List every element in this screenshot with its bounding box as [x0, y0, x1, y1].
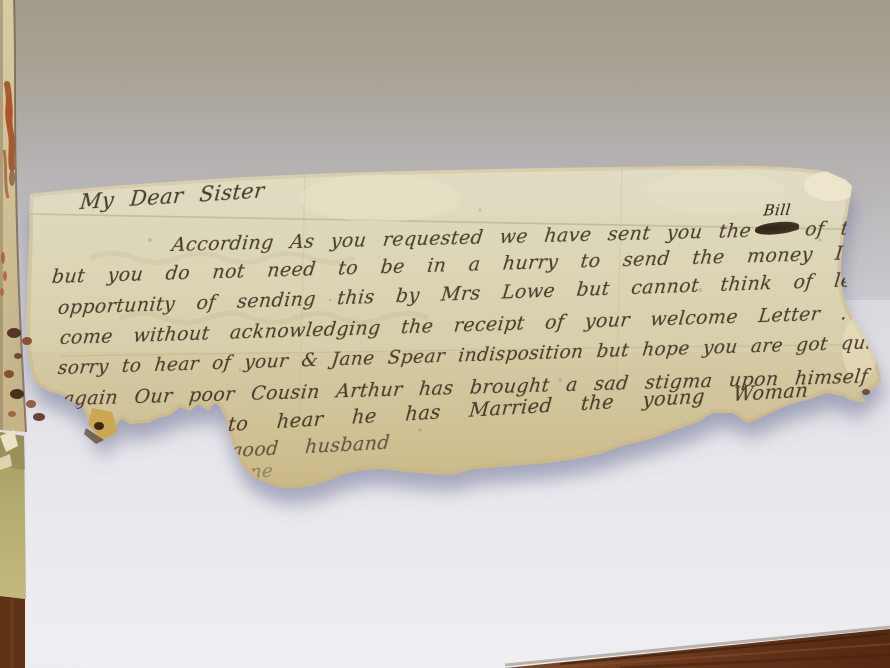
seal-spot	[10, 389, 24, 399]
tan-strip-dark-edge	[0, 0, 3, 430]
seal-spot	[26, 400, 36, 408]
red-mark-1	[1, 252, 5, 264]
scribbled-out-word: Bill	[755, 223, 802, 237]
red-wax-blotch	[5, 96, 13, 128]
red-mark-3	[0, 288, 4, 296]
letter-line-9: good husband	[229, 432, 391, 463]
seal-spot	[7, 328, 21, 338]
red-mark-2	[3, 271, 7, 281]
seal-spot	[14, 353, 22, 359]
seal-spot	[4, 370, 14, 378]
ink-scribble	[755, 220, 800, 236]
photograph-of-letter: My Dear Sister According As you requeste…	[0, 0, 890, 668]
seal-spot	[33, 413, 45, 421]
seal-spot	[8, 411, 16, 417]
brown-mark	[9, 170, 15, 186]
inserted-word-above-line: Bill	[762, 201, 792, 220]
